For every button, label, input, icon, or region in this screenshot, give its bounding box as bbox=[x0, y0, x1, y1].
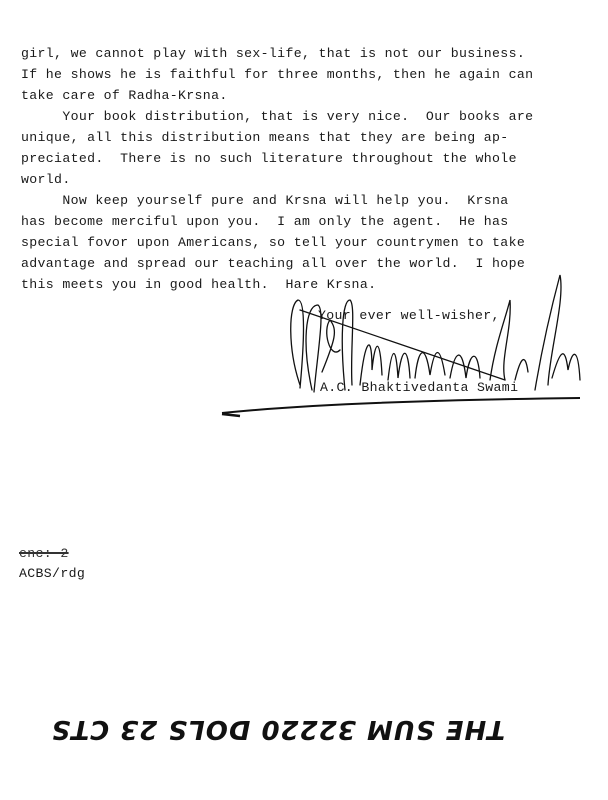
reference-initials: ACBS/rdg bbox=[19, 566, 85, 581]
signature-icon bbox=[0, 0, 608, 800]
enclosure-note: enc: 2 bbox=[19, 546, 69, 561]
check-amount-stamp: THE SUM 32220 DOLS 23 CTS bbox=[105, 708, 505, 744]
